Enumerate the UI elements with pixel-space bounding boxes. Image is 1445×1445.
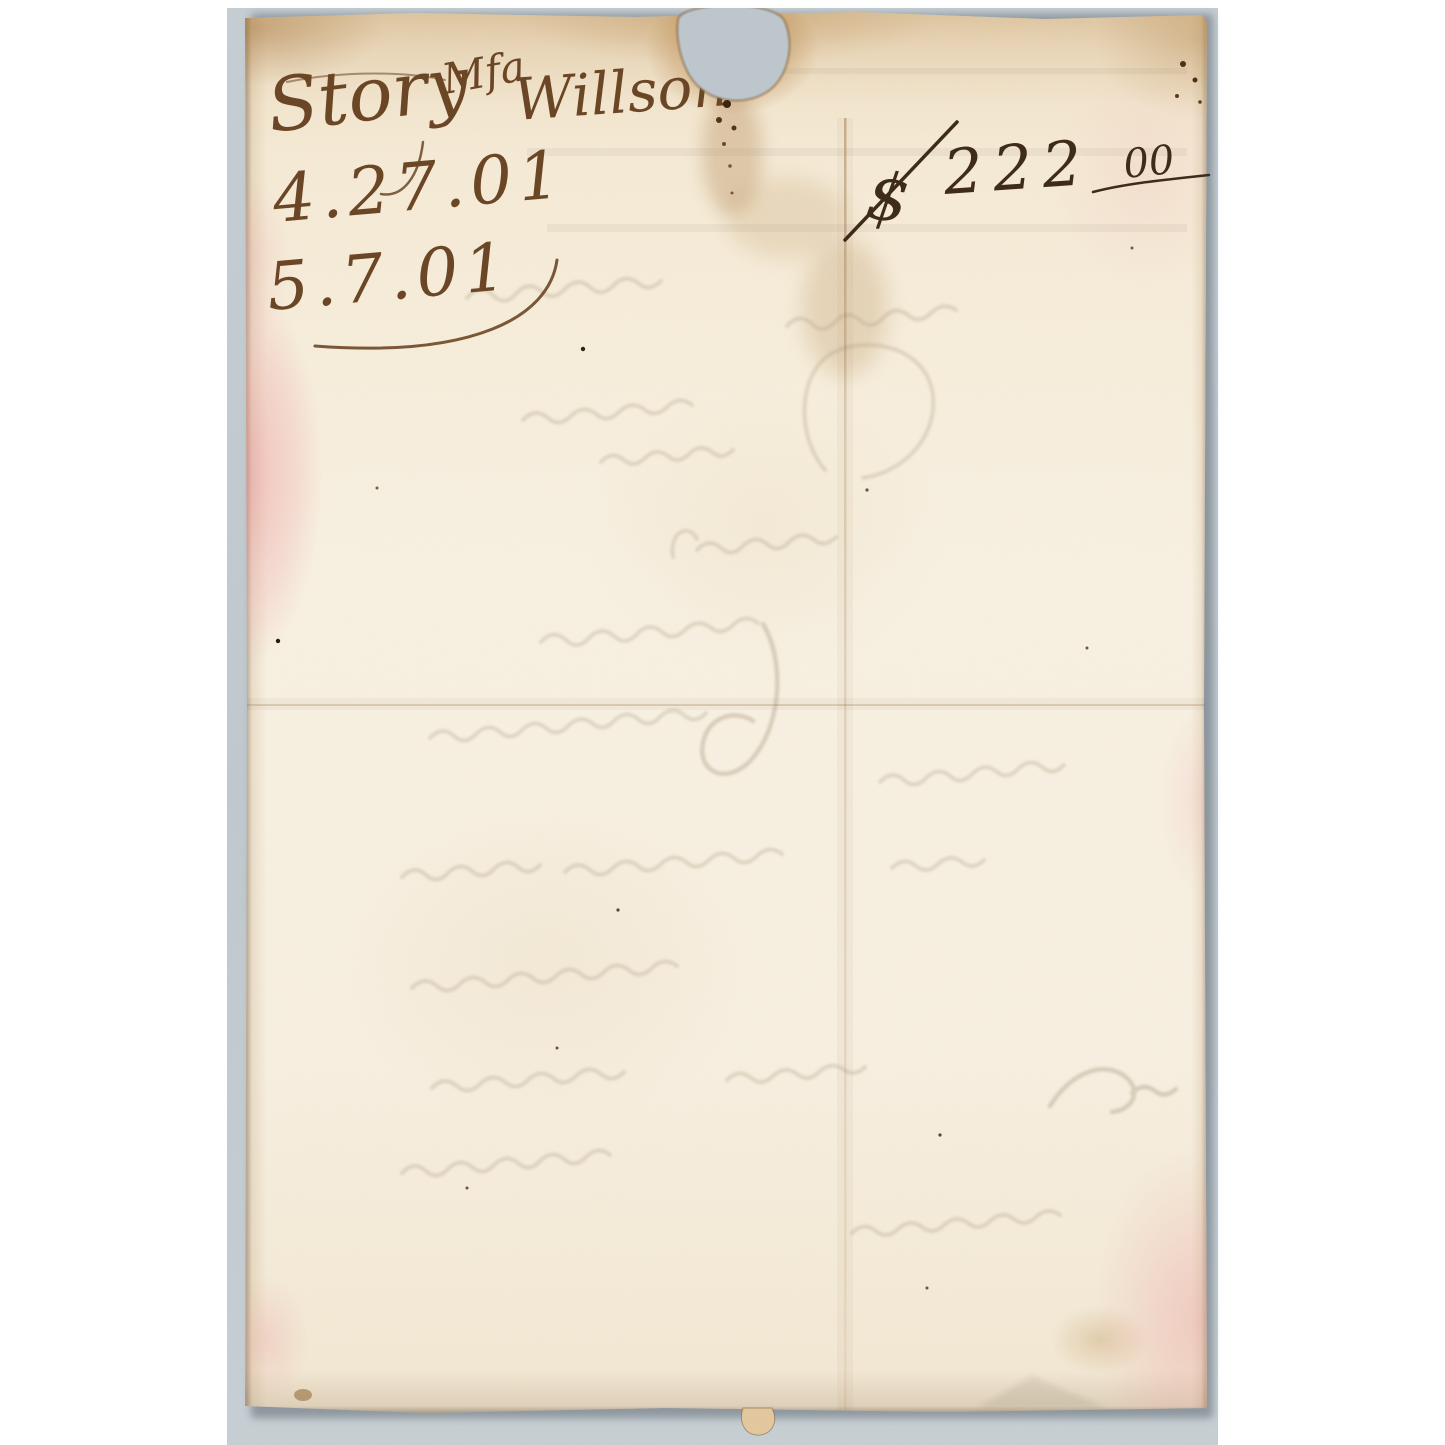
scanned-photo: Story Mfa Willson 4.27.01 5.7.01 $ 222 0…: [227, 8, 1218, 1445]
paper-markings-overlay: Story Mfa Willson 4.27.01 5.7.01 $ 222 0…: [227, 8, 1218, 1445]
listing-backdrop: Story Mfa Willson 4.27.01 5.7.01 $ 222 0…: [0, 0, 1445, 1445]
paper-grain-texture: [227, 8, 1218, 1445]
